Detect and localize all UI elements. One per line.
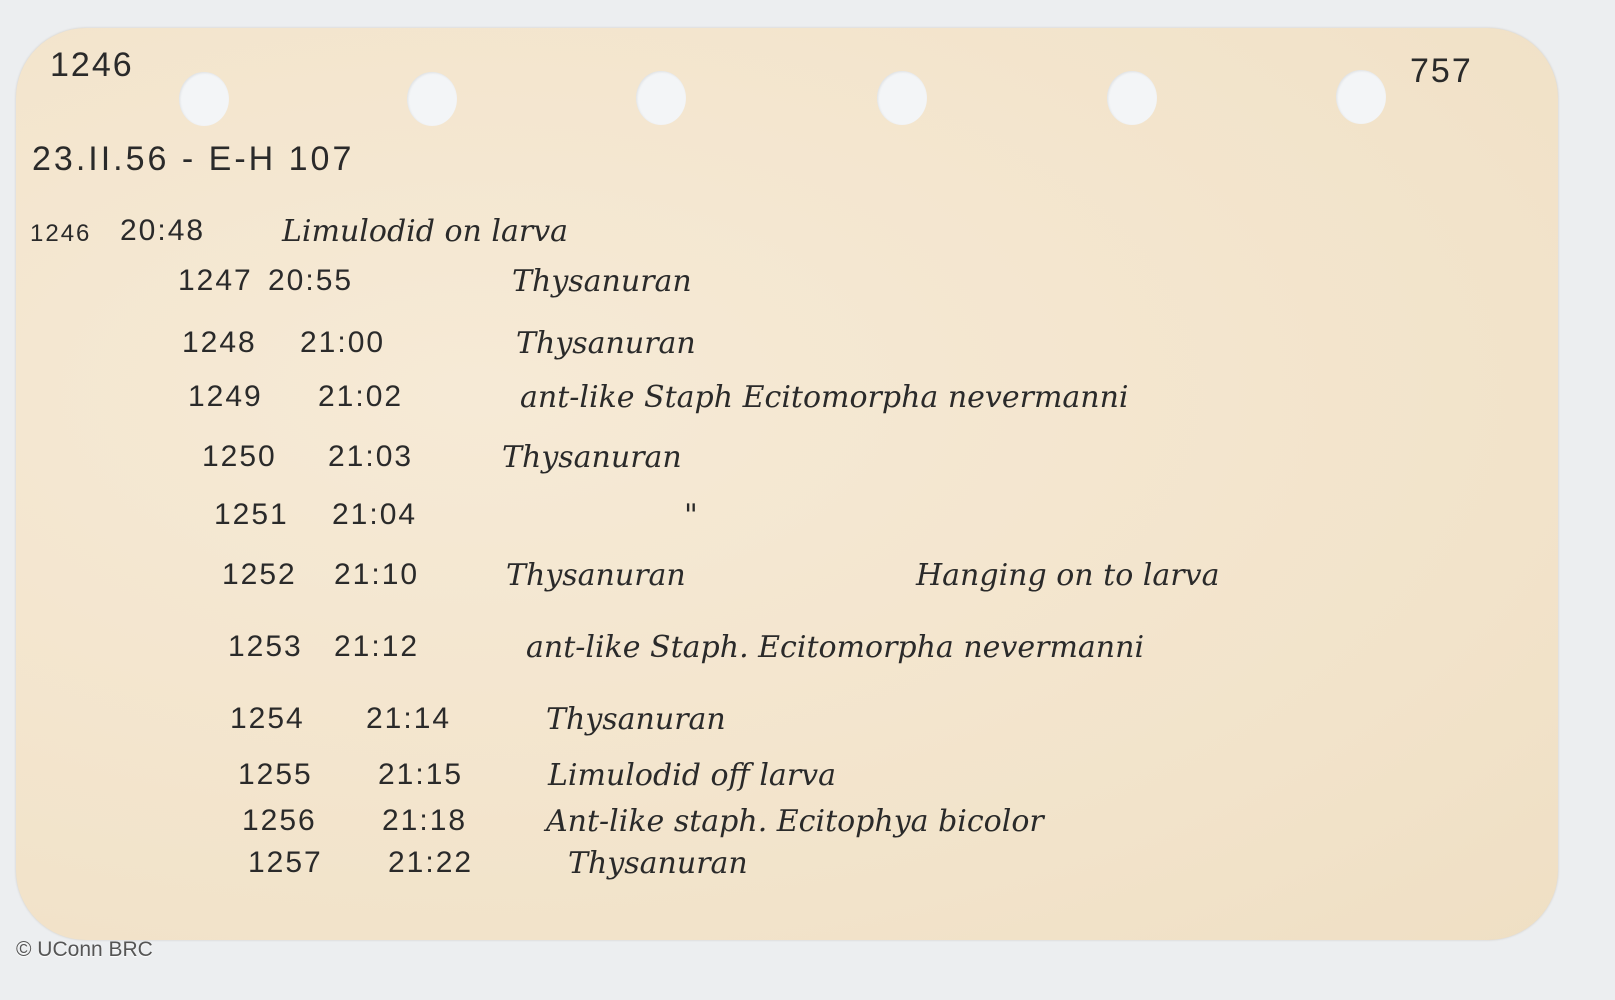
entry-time: 21:10	[334, 558, 474, 592]
entry-time: 21:04	[332, 498, 472, 532]
entry-row: 1251 21:04 "	[214, 498, 1014, 542]
punch-hole	[877, 71, 927, 125]
entry-row: 1255 21:15 Limulodid off larva	[238, 758, 1138, 802]
card-number-right: 757	[1410, 52, 1473, 91]
entry-time: 21:18	[382, 804, 522, 838]
entry-time: 21:22	[388, 846, 528, 880]
entry-row: 1247 20:55 Thysanuran	[178, 264, 978, 308]
entry-id: 1246	[30, 220, 120, 248]
entry-id: 1250	[202, 440, 292, 474]
copyright-watermark: © UConn BRC	[16, 938, 153, 962]
entry-time: 21:15	[378, 758, 518, 792]
entry-description: Thysanuran	[502, 440, 682, 475]
entry-description: Thysanuran	[512, 264, 692, 299]
entry-row: 1256 21:18 Ant-like staph. Ecitophya bic…	[242, 804, 1492, 848]
entry-row: 1249 21:02 ant-like Staph Ecitomorpha ne…	[188, 380, 1488, 424]
entry-time: 21:00	[300, 326, 440, 360]
index-card: 1246 757 23.II.56 - E-H 107 1246 20:48 L…	[16, 28, 1558, 940]
entry-row: 1257 21:22 Thysanuran	[248, 846, 1148, 890]
entry-id: 1247	[178, 264, 268, 298]
card-header-date-location: 23.II.56 - E-H 107	[32, 140, 354, 179]
entry-id: 1253	[228, 630, 318, 664]
entry-id: 1254	[230, 702, 320, 736]
entry-description: Limulodid on larva	[282, 214, 568, 249]
punch-hole	[1107, 71, 1157, 125]
entry-id: 1251	[214, 498, 304, 532]
entry-id: 1249	[188, 380, 278, 414]
entry-description: Limulodid off larva	[548, 758, 836, 793]
entry-description: ant-like Staph. Ecitomorpha nevermanni	[526, 630, 1144, 665]
entry-row: 1254 21:14 Thysanuran	[230, 702, 1130, 746]
entry-time: 21:02	[318, 380, 458, 414]
entry-id: 1252	[222, 558, 312, 592]
entry-time: 21:12	[334, 630, 474, 664]
entry-id: 1257	[248, 846, 338, 880]
card-number-left: 1246	[50, 46, 134, 85]
entry-row: 1248 21:00 Thysanuran	[182, 326, 982, 370]
entry-note: Hanging on to larva	[916, 558, 1219, 593]
entry-row: 1252 21:10 Thysanuran Hanging on to larv…	[222, 558, 1522, 602]
entry-time: 20:55	[268, 264, 408, 298]
punch-hole	[179, 72, 229, 126]
entry-description: Ant-like staph. Ecitophya bicolor	[546, 804, 1044, 839]
entry-time: 21:14	[366, 702, 506, 736]
entry-id: 1255	[238, 758, 328, 792]
entry-row: 1250 21:03 Thysanuran	[202, 440, 1002, 484]
punch-hole	[636, 71, 686, 125]
entry-row: 1246 20:48 Limulodid on larva	[30, 214, 830, 258]
entry-description: Thysanuran	[568, 846, 748, 881]
entry-id: 1256	[242, 804, 332, 838]
entry-time: 20:48	[120, 214, 260, 248]
entry-description: Thysanuran	[546, 702, 726, 737]
entry-id: 1248	[182, 326, 272, 360]
entry-description: ant-like Staph Ecitomorpha nevermanni	[520, 380, 1129, 415]
punch-hole	[407, 72, 457, 126]
entry-time: 21:03	[328, 440, 468, 474]
entry-description: Thysanuran	[516, 326, 696, 361]
entry-description: Thysanuran	[506, 558, 686, 593]
entry-row: 1253 21:12 ant-like Staph. Ecitomorpha n…	[228, 630, 1528, 674]
punch-hole	[1336, 70, 1386, 124]
entry-ditto-mark: "	[684, 498, 698, 533]
